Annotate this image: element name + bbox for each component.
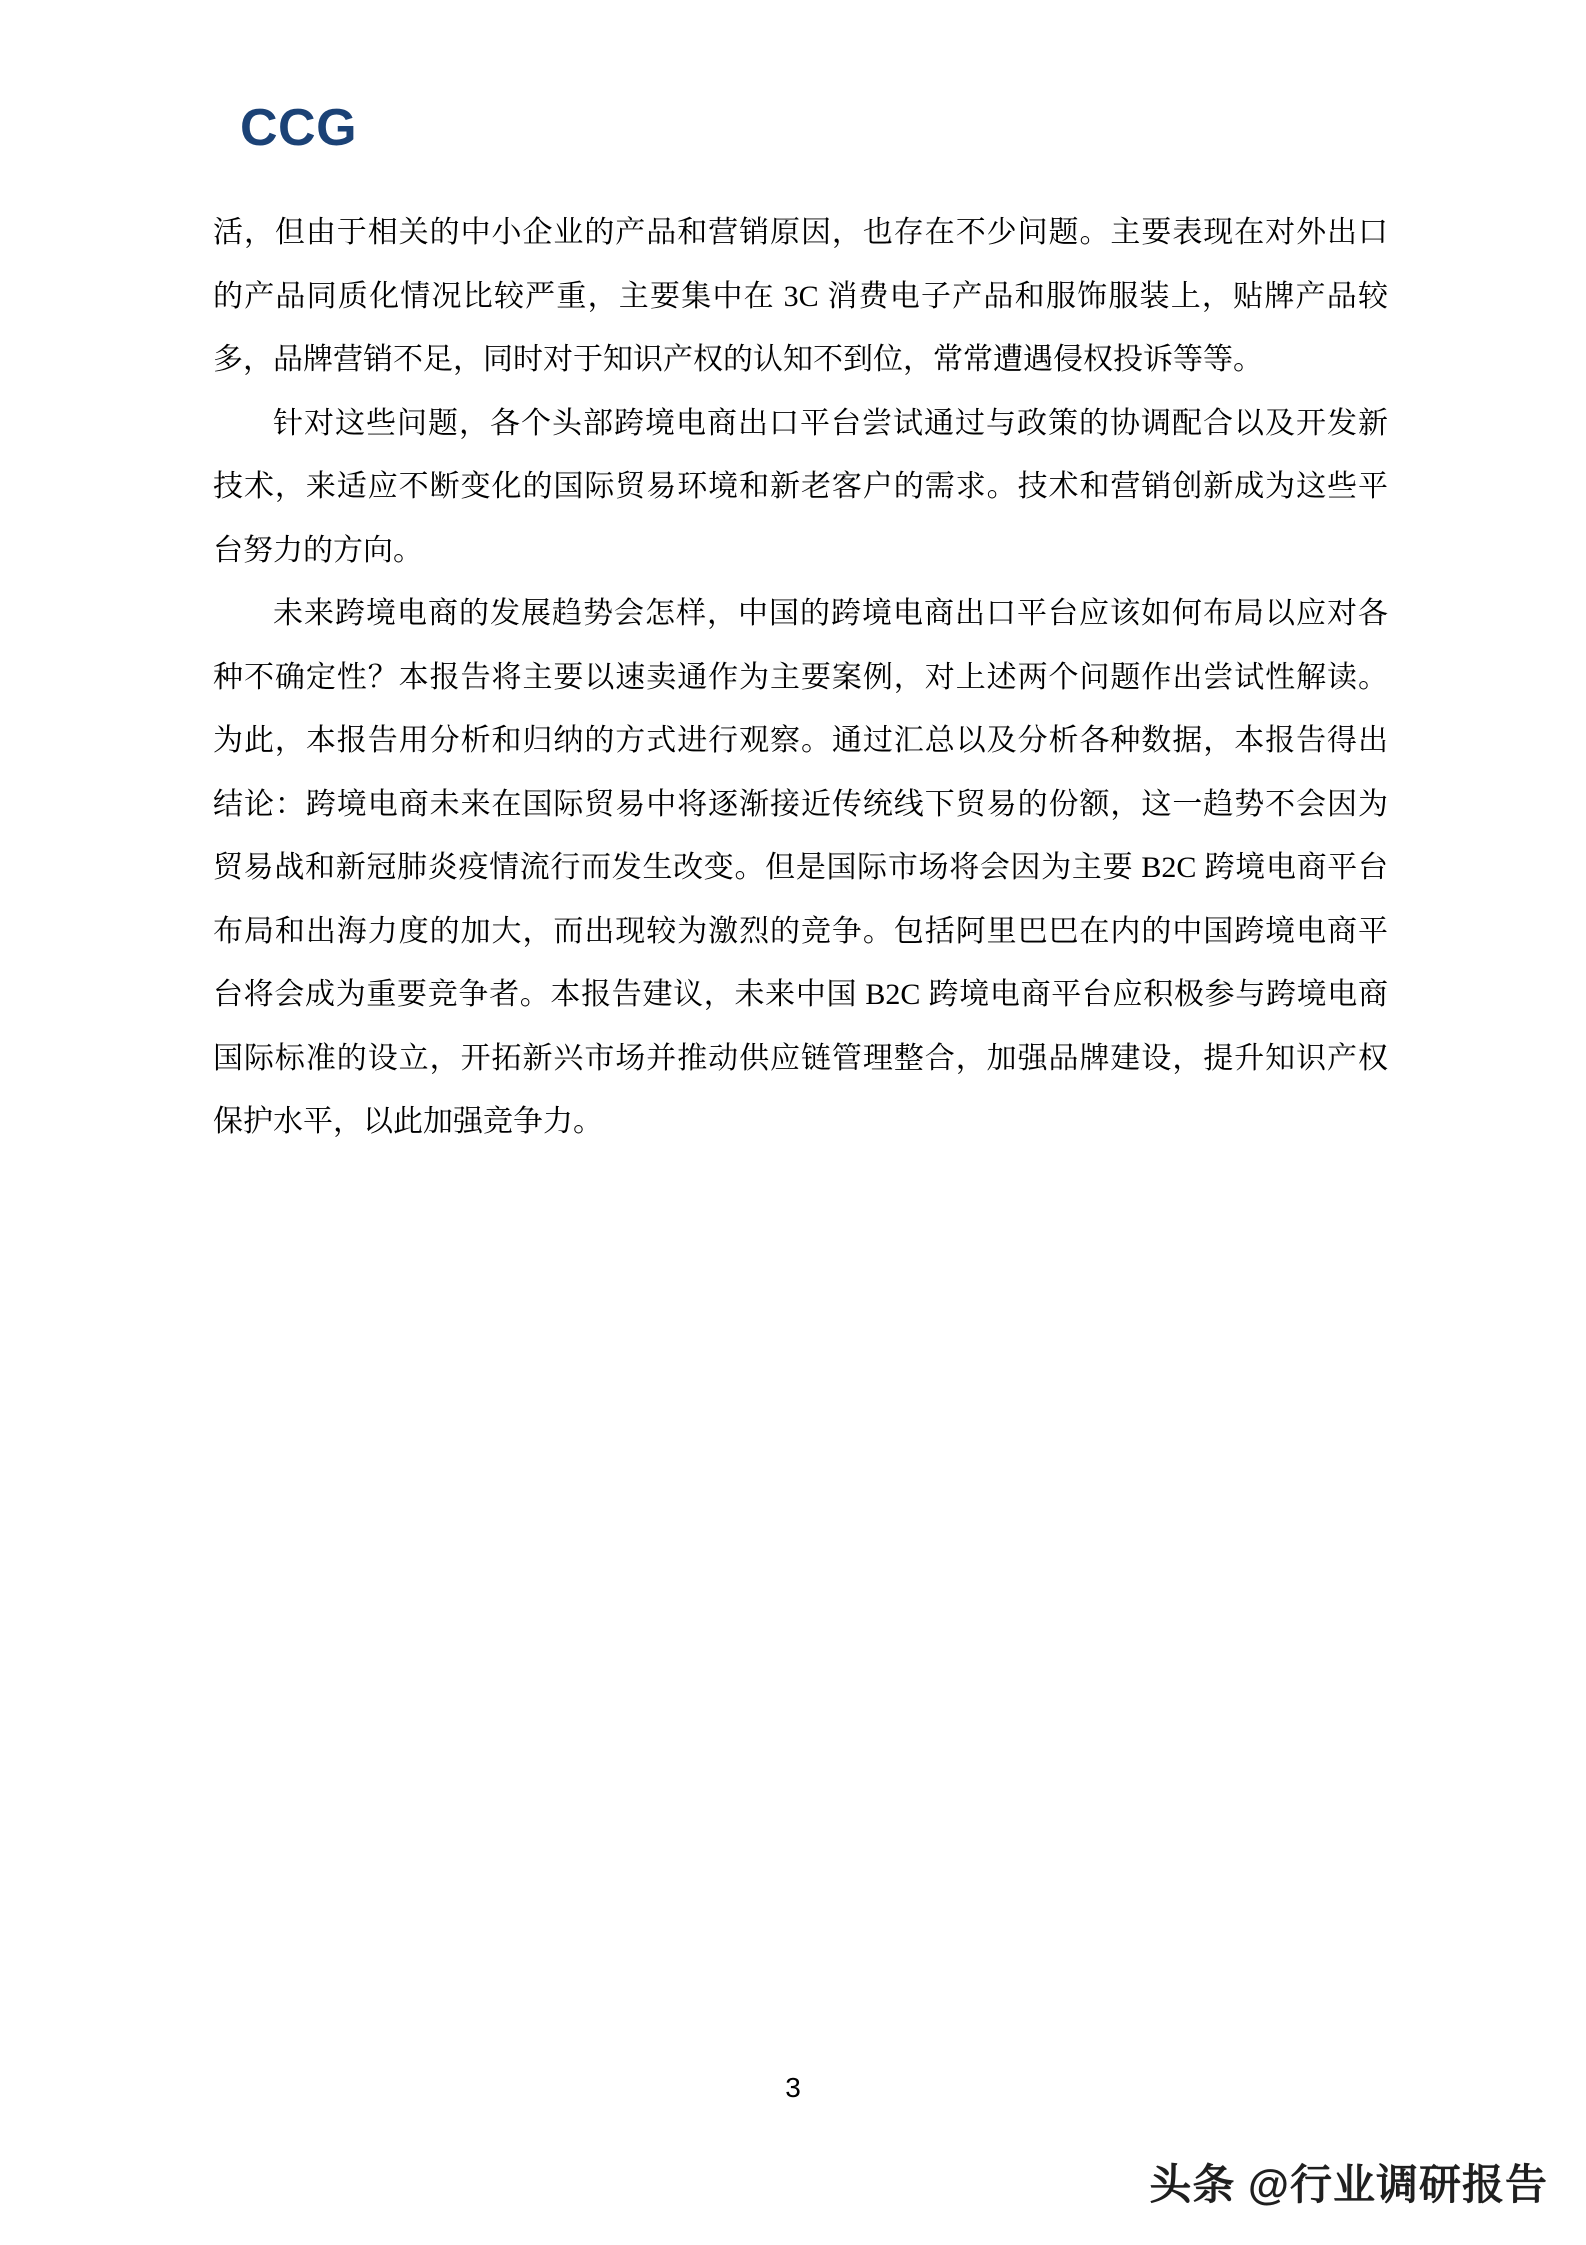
text-line: 针对这些问题，各个头部跨境电商出口平台尝试通过与政策的协调配合以及开发新 <box>213 392 1388 456</box>
text-line: 多，品牌营销不足，同时对于知识产权的认知不到位，常常遭遇侵权投诉等等。 <box>213 328 1388 392</box>
watermark-text: 头条 @行业调研报告 <box>1149 2160 1548 2210</box>
text-line: 技术，来适应不断变化的国际贸易环境和新老客户的需求。技术和营销创新成为这些平 <box>213 455 1388 519</box>
text-line: 种不确定性？本报告将主要以速卖通作为主要案例，对上述两个问题作出尝试性解读。 <box>213 646 1388 710</box>
text-line: 未来跨境电商的发展趋势会怎样，中国的跨境电商出口平台应该如何布局以应对各 <box>213 582 1388 646</box>
text-line: 的产品同质化情况比较严重，主要集中在 3C 消费电子产品和服饰服装上，贴牌产品较 <box>213 265 1388 329</box>
body-text: 活，但由于相关的中小企业的产品和营销原因，也存在不少问题。主要表现在对外出口的产… <box>213 201 1388 1154</box>
text-line: 结论：跨境电商未来在国际贸易中将逐渐接近传统线下贸易的份额，这一趋势不会因为 <box>213 773 1388 837</box>
text-line: 保护水平，以此加强竞争力。 <box>213 1090 1388 1154</box>
document-page: CCG 活，但由于相关的中小企业的产品和营销原因，也存在不少问题。主要表现在对外… <box>0 0 1586 2245</box>
text-line: 活，但由于相关的中小企业的产品和营销原因，也存在不少问题。主要表现在对外出口 <box>213 201 1388 265</box>
text-line: 为此，本报告用分析和归纳的方式进行观察。通过汇总以及分析各种数据，本报告得出 <box>213 709 1388 773</box>
ccg-logo: CCG <box>240 102 357 154</box>
text-line: 布局和出海力度的加大，而出现较为激烈的竞争。包括阿里巴巴在内的中国跨境电商平 <box>213 900 1388 964</box>
text-line: 贸易战和新冠肺炎疫情流行而发生改变。但是国际市场将会因为主要 B2C 跨境电商平… <box>213 836 1388 900</box>
page-number: 3 <box>0 2072 1586 2104</box>
text-line: 台努力的方向。 <box>213 519 1388 583</box>
text-line: 台将会成为重要竞争者。本报告建议，未来中国 B2C 跨境电商平台应积极参与跨境电… <box>213 963 1388 1027</box>
text-line: 国际标准的设立，开拓新兴市场并推动供应链管理整合，加强品牌建设，提升知识产权 <box>213 1027 1388 1091</box>
